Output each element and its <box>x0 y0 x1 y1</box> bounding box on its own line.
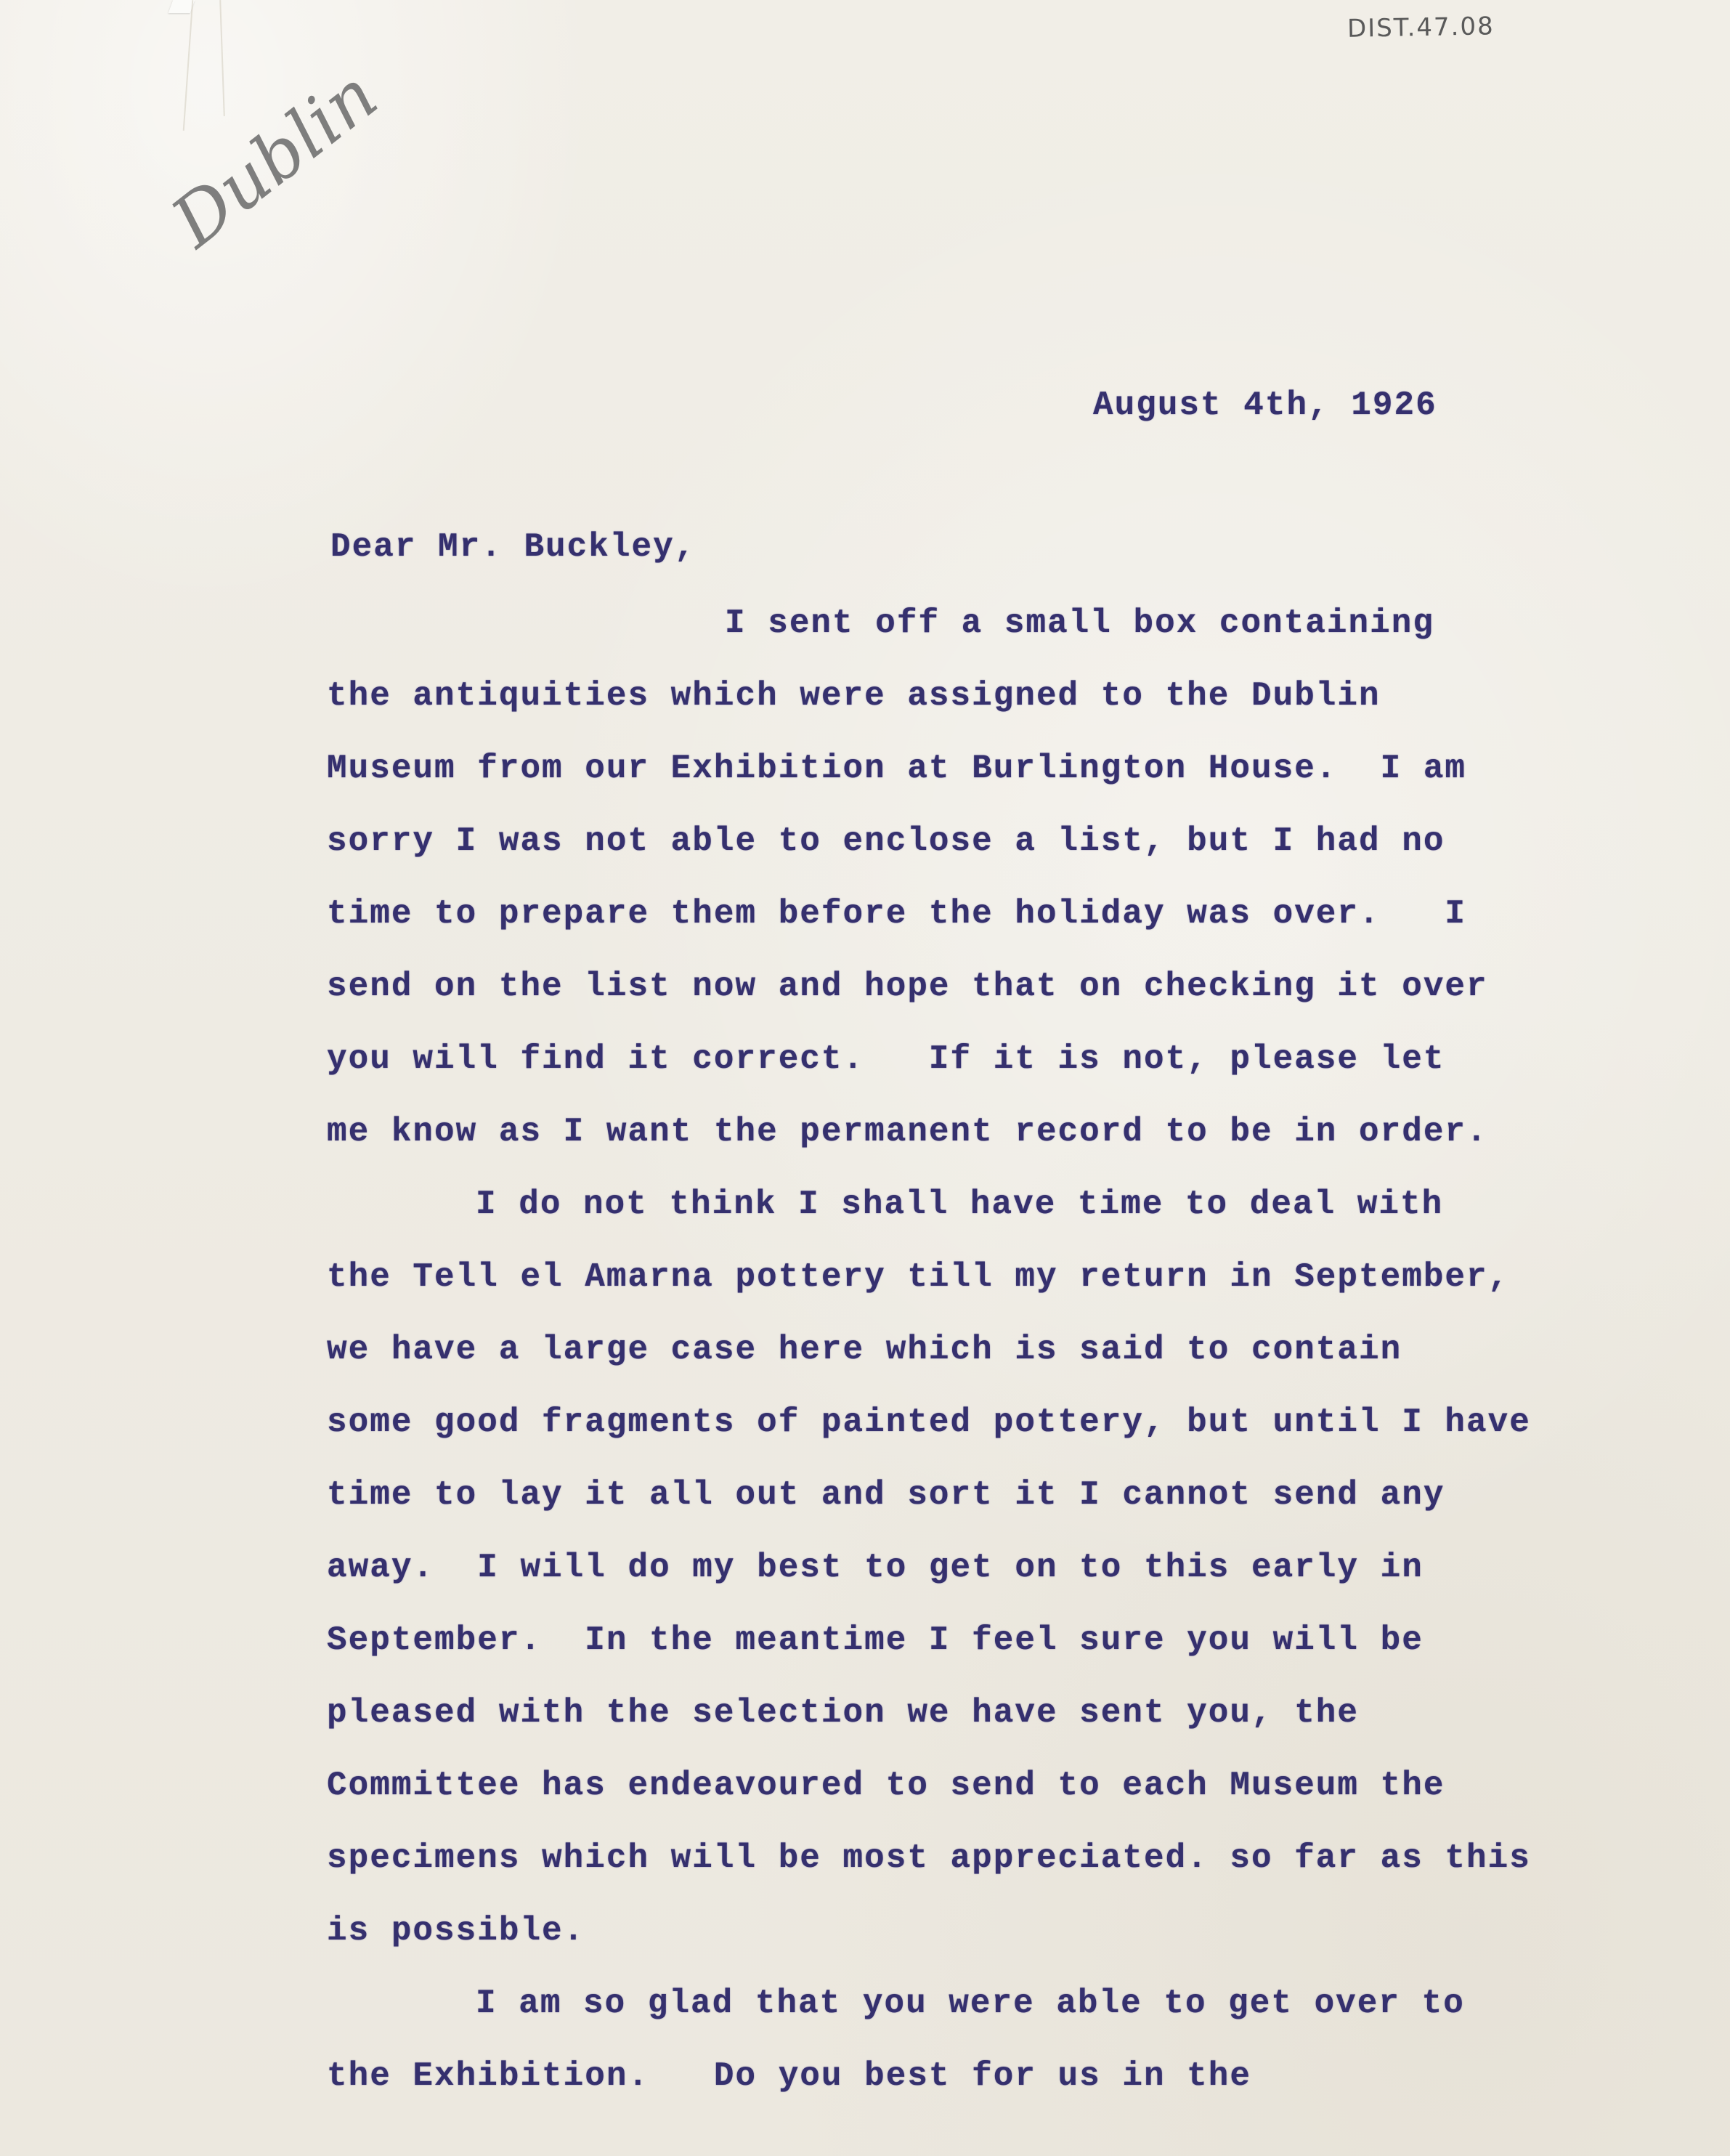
body-line: I am so glad that you were able to get o… <box>476 1987 1465 2020</box>
body-line: time to lay it all out and sort it I can… <box>327 1478 1445 1512</box>
body-line: the Exhibition. Do you best for us in th… <box>327 2059 1251 2093</box>
letter-salutation: Dear Mr. Buckley, <box>330 530 696 564</box>
paper-crease <box>219 0 225 116</box>
body-line: September. In the meantime I feel sure y… <box>327 1624 1424 1657</box>
body-line: away. I will do my best to get on to thi… <box>327 1551 1424 1584</box>
body-line: pleased with the selection we have sent … <box>327 1696 1359 1730</box>
body-line: is possible. <box>327 1914 585 1948</box>
body-line: sorry I was not able to enclose a list, … <box>327 824 1445 858</box>
body-line: specimens which will be most appreciated… <box>327 1841 1531 1875</box>
handwritten-location-note: Dublin <box>157 54 392 263</box>
body-line: send on the list now and hope that on ch… <box>327 970 1488 1003</box>
body-line: I sent off a small box containing <box>725 607 1434 640</box>
body-line: we have a large case here which is said … <box>327 1333 1402 1366</box>
paper-crease <box>183 0 194 131</box>
body-line: you will find it correct. If it is not, … <box>327 1042 1445 1076</box>
body-line: I do not think I shall have time to deal… <box>476 1188 1443 1221</box>
body-line: time to prepare them before the holiday … <box>327 897 1466 931</box>
archive-reference-number: DIST.47.08 <box>1347 12 1495 44</box>
body-line: the antiquities which were assigned to t… <box>327 679 1381 713</box>
body-line: some good fragments of painted pottery, … <box>327 1406 1531 1439</box>
letter-page: DIST.47.08 Dublin August 4th, 1926 Dear … <box>0 0 1730 2156</box>
body-line: Museum from our Exhibition at Burlington… <box>327 752 1466 785</box>
body-line: the Tell el Amarna pottery till my retur… <box>327 1260 1509 1294</box>
letter-date: August 4th, 1926 <box>1093 389 1437 422</box>
body-line: Committee has endeavoured to send to eac… <box>327 1769 1445 1802</box>
body-line: me know as I want the permanent record t… <box>327 1115 1488 1148</box>
